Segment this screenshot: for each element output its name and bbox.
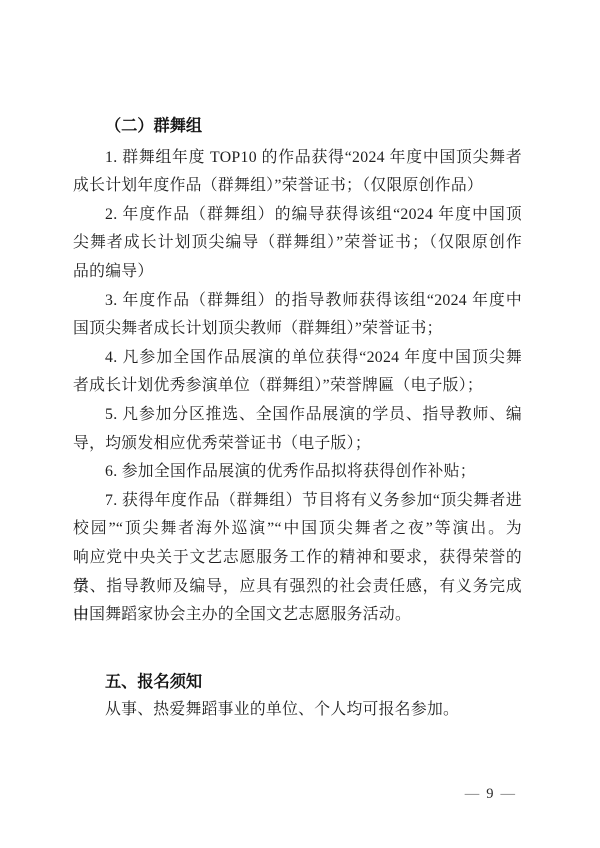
body-line: 6. 参加全国作品展演的优秀作品拟将获得创作补贴； [73,458,522,487]
body-line: 4. 凡参加全国作品展演的单位获得“2024 年度中国顶尖舞 [73,344,522,373]
section-heading-registration: 五、报名须知 [73,668,522,697]
body-line: 导，均颁发相应优秀荣誉证书（电子版）； [73,430,522,459]
page-number-dash-left: — [458,786,487,802]
registration-body-line: 从事、热爱舞蹈事业的单位、个人均可报名参加。 [73,696,522,725]
section-heading-group-dance: （二）群舞组 [73,112,522,141]
page-number: —9— [458,784,522,804]
body-line: 响应党中央关于文艺志愿服务工作的精神和要求，获得荣誉的学 [73,544,522,573]
body-line: 中国舞蹈家协会主办的全国文艺志愿服务活动。 [73,601,522,630]
document-text-block: （二）群舞组 1. 群舞组年度 TOP10 的作品获得“2024 年度中国顶尖舞… [73,112,522,725]
body-line: 1. 群舞组年度 TOP10 的作品获得“2024 年度中国顶尖舞者 [73,144,522,173]
body-line: 品的编导） [73,258,522,287]
body-line: 3. 年度作品（群舞组）的指导教师获得该组“2024 年度中 [73,287,522,316]
document-page: （二）群舞组 1. 群舞组年度 TOP10 的作品获得“2024 年度中国顶尖舞… [0,0,600,848]
body-line: 校园”“顶尖舞者海外巡演”“中国顶尖舞者之夜”等演出。为 [73,515,522,544]
body-line: 7. 获得年度作品（群舞组）节目将有义务参加“顶尖舞者进 [73,487,522,516]
body-line: 者成长计划优秀参演单位（群舞组）”荣誉牌匾（电子版）； [73,372,522,401]
body-line: 2. 年度作品（群舞组）的编导获得该组“2024 年度中国顶 [73,201,522,230]
body-line: 国顶尖舞者成长计划顶尖教师（群舞组）”荣誉证书； [73,315,522,344]
body-line: 5. 凡参加分区推选、全国作品展演的学员、指导教师、编 [73,401,522,430]
body-line: 尖舞者成长计划顶尖编导（群舞组）”荣誉证书；（仅限原创作 [73,229,522,258]
body-line: 员、指导教师及编导，应具有强烈的社会责任感，有义务完成由 [73,573,522,602]
body-line: 成长计划年度作品（群舞组）”荣誉证书；（仅限原创作品） [73,172,522,201]
page-number-value: 9 [486,786,493,802]
page-number-dash-right: — [494,786,523,802]
